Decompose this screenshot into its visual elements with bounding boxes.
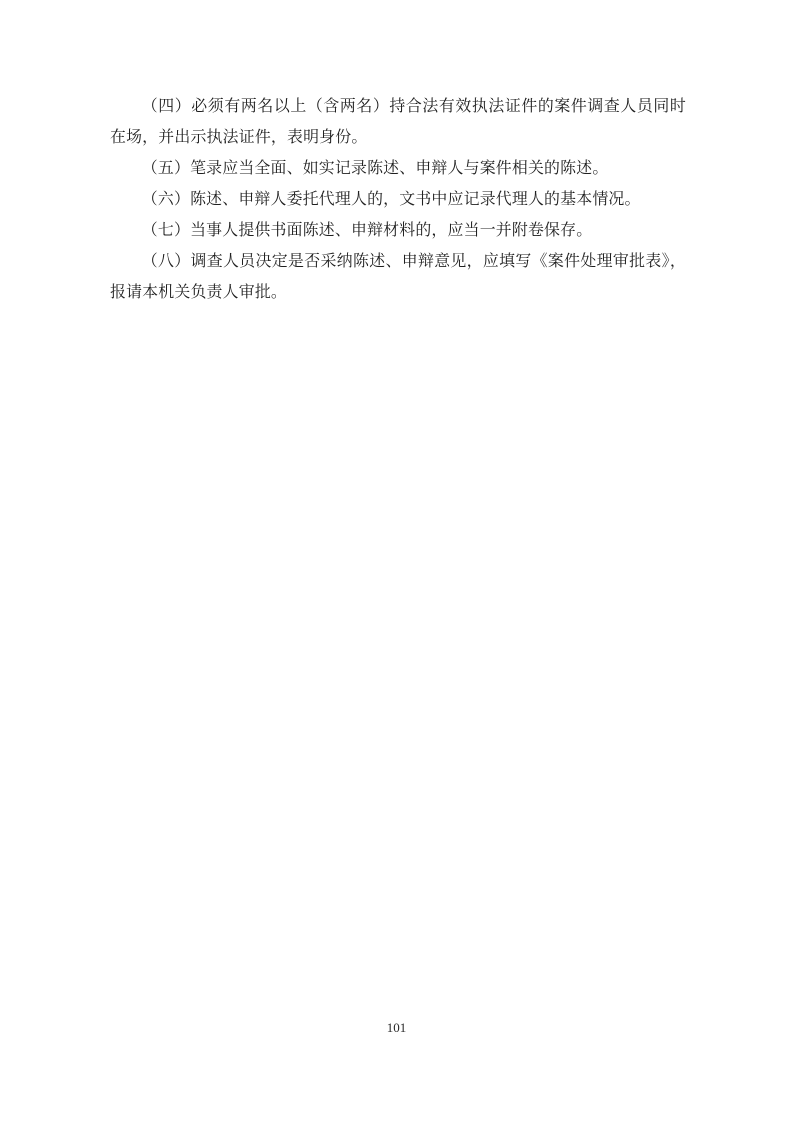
body-paragraph: （四）必须有两名以上（含两名）持合法有效执法证件的案件调查人员同时在场，并出示执… bbox=[110, 91, 686, 153]
body-paragraph: （五）笔录应当全面、如实记录陈述、申辩人与案件相关的陈述。 bbox=[110, 153, 686, 184]
document-page: （四）必须有两名以上（含两名）持合法有效执法证件的案件调查人员同时在场，并出示执… bbox=[0, 0, 793, 1122]
body-paragraph: （六）陈述、申辩人委托代理人的，文书中应记录代理人的基本情况。 bbox=[110, 184, 686, 215]
body-paragraph: （七）当事人提供书面陈述、申辩材料的，应当一并附卷保存。 bbox=[110, 215, 686, 246]
page-number: 101 bbox=[387, 1020, 407, 1035]
body-paragraph: （八）调查人员决定是否采纳陈述、申辩意见，应填写《案件处理审批表》，报请本机关负… bbox=[110, 246, 686, 308]
document-body: （四）必须有两名以上（含两名）持合法有效执法证件的案件调查人员同时在场，并出示执… bbox=[110, 91, 686, 308]
page-footer: 101 bbox=[0, 1020, 793, 1036]
